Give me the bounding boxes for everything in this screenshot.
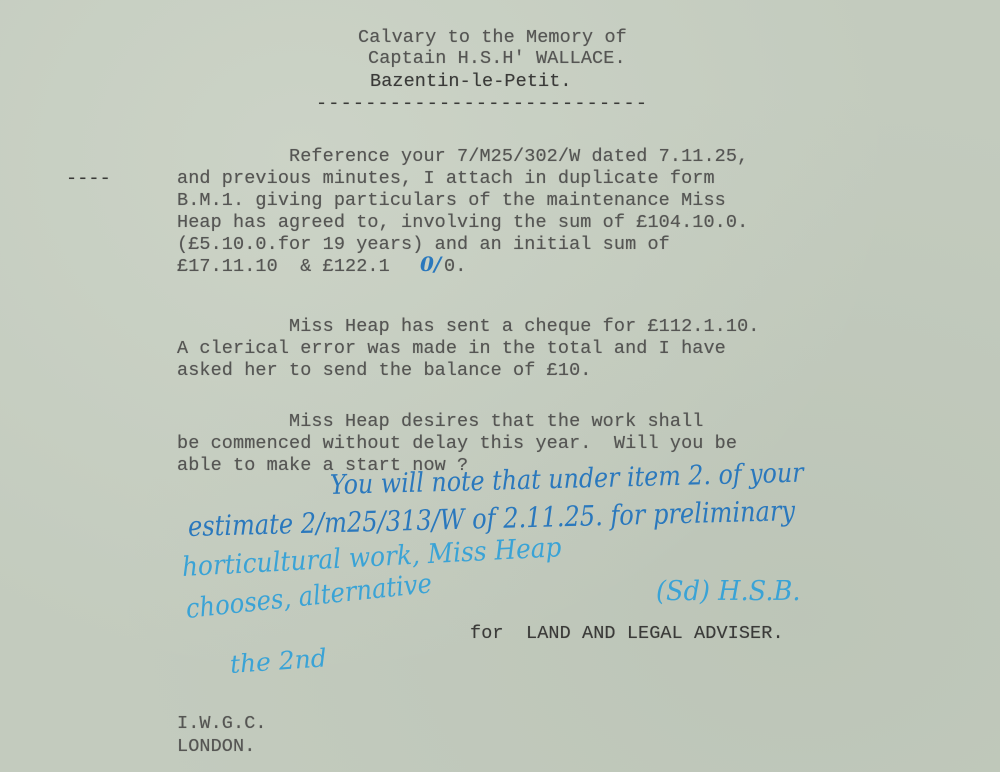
- paragraph-line: A clerical error was made in the total a…: [177, 338, 726, 359]
- signoff: for LAND AND LEGAL ADVISER.: [470, 623, 784, 644]
- margin-mark: ----: [66, 168, 111, 189]
- address-line-1: I.W.G.C.: [177, 713, 267, 734]
- heading-rule: ---------------------------: [316, 93, 648, 114]
- paragraph-line: and previous minutes, I attach in duplic…: [177, 168, 715, 189]
- paragraph-line: Miss Heap has sent a cheque for £112.1.1…: [177, 316, 760, 337]
- address-line-2: LONDON.: [177, 736, 255, 757]
- paragraph-line-tail: 0.: [444, 256, 466, 277]
- paragraph-line: asked her to send the balance of £10.: [177, 360, 591, 381]
- paragraph-line: B.M.1. giving particulars of the mainten…: [177, 190, 726, 211]
- heading-line-3: Bazentin-le-Petit.: [370, 71, 572, 92]
- handwritten-line-5: the 2nd: [229, 643, 328, 679]
- paragraph-line: Miss Heap desires that the work shall: [177, 411, 704, 432]
- heading-line-2: Captain H.S.H' WALLACE.: [368, 48, 626, 69]
- paragraph-line: Reference your 7/M25/302/W dated 7.11.25…: [177, 146, 748, 167]
- paragraph-line: be commenced without delay this year. Wi…: [177, 433, 737, 454]
- handwritten-signature: (Sd) H.S.B.: [656, 576, 801, 607]
- paragraph-line: £17.11.10 & £122.1: [177, 256, 390, 277]
- paragraph-line: Heap has agreed to, involving the sum of…: [177, 212, 748, 233]
- ink-correction: 0/: [420, 252, 441, 276]
- heading-line-1: Calvary to the Memory of: [358, 27, 627, 48]
